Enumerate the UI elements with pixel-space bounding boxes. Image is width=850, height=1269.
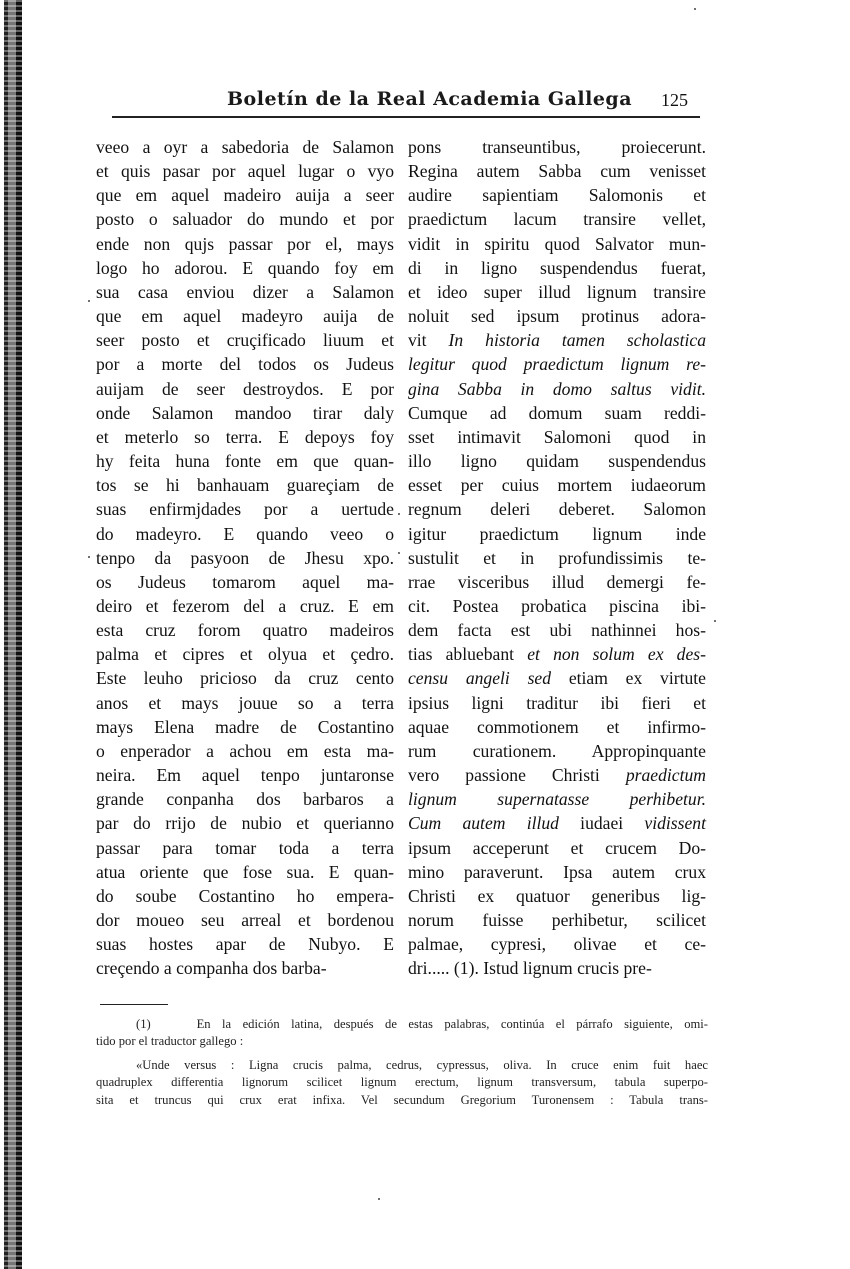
text-line: vidit in spiritu quod Salvator mun- [408,232,706,256]
text-line: o enperador a achou em esta ma- [96,739,394,763]
text-line: tenpo da pasyoon de Jhesu xpo. [96,546,394,570]
text-line: logo ho adorou. E quando foy em [96,256,394,280]
scan-speck [88,300,90,302]
text-line: hy feita huna fonte em que quan- [96,449,394,473]
text-line: Cumque ad domum suam reddi- [408,401,706,425]
scan-speck [694,8,696,10]
text-segment: audire sapientiam Salomonis et [408,185,706,205]
text-line: ipsius ligni traditur ibi fieri et [408,691,706,715]
text-segment: vero passione Christi [408,765,626,785]
text-line: aquae commotionem et infirmo- [408,715,706,739]
text-line: veeo a oyr a sabedoria de Salamon [96,135,394,159]
text-segment: aquae commotionem et infirmo- [408,717,706,737]
text-line: dor moueo seu arreal et bordenou [96,908,394,932]
text-line: et ideo super illud lignum transire [408,280,706,304]
text-line: onde Salamon mandoo tirar daly [96,401,394,425]
text-line: esta cruz forom quatro madeiros [96,618,394,642]
text-line: Este leuho pricioso da cruz cento [96,666,394,690]
text-line: pons transeuntibus, proiecerunt. [408,135,706,159]
italic-segment: vidissent [644,813,706,833]
running-header: Boletín de la Real Academia Gallega 125 [112,88,700,118]
text-line: que em aquel madeiro auija a seer [96,183,394,207]
text-line: creçendo a companha dos barba- [96,956,394,980]
text-line: grande conpanha dos barbaros a [96,787,394,811]
italic-segment: lignum supernatasse perhibetur. [408,789,706,809]
text-line: suas enfirmjdades por a uertude [96,497,394,521]
scan-speck [398,513,400,515]
footnote-1-line-1: (1) En la edición latina, después de est… [96,1016,708,1033]
text-line: di in ligno suspendendus fuerat, [408,256,706,280]
text-line: os Judeus tomarom aquel ma- [96,570,394,594]
text-segment: Cumque ad domum suam reddi- [408,403,706,423]
text-segment: sustulit et in profundissimis te- [408,548,706,568]
text-segment: palmae, cypresi, olivae et ce- [408,934,706,954]
text-segment: noluit sed ipsum protinus adora- [408,306,706,326]
left-column-galician-text: veeo a oyr a sabedoria de Salamonet quis… [96,135,394,980]
text-segment: dem facta est ubi nathinnei hos- [408,620,706,640]
text-line: audire sapientiam Salomonis et [408,183,706,207]
right-column-latin-text: pons transeuntibus, proiecerunt.Regina a… [408,135,706,980]
text-line: dri..... (1). Istud lignum crucis pre- [408,956,706,980]
text-segment: Christi ex quatuor generibus lig- [408,886,706,906]
text-line: posto o saluador do mundo et por [96,207,394,231]
text-line: por a morte del todos os Judeus [96,352,394,376]
text-line: palma et cipres et olyua et çedro. [96,642,394,666]
text-line: que em aquel madeyro auija de [96,304,394,328]
italic-segment: In historia tamen scholastica [449,330,706,350]
text-line: igitur praedictum lignum inde [408,522,706,546]
footnotes: (1) En la edición latina, después de est… [96,1016,708,1109]
text-segment: dri..... (1). Istud lignum crucis pre- [408,958,652,978]
italic-segment: censu angeli sed [408,668,551,688]
text-segment: tias abluebant [408,644,527,664]
scan-speck [714,620,716,622]
footnote-quote-line-2: quadruplex differentia lignorum scilicet… [96,1074,708,1091]
text-segment: regnum deleri deberet. Salomon [408,499,706,519]
text-line: praedictum lacum transire vellet, [408,207,706,231]
text-line: Regina autem Sabba cum venisset [408,159,706,183]
scan-speck [398,552,400,554]
text-line: Cum autem illud iudaei vidissent [408,811,706,835]
text-line: palmae, cypresi, olivae et ce- [408,932,706,956]
text-line: Christi ex quatuor generibus lig- [408,884,706,908]
text-line: sustulit et in profundissimis te- [408,546,706,570]
italic-segment: praedictum [626,765,706,785]
italic-segment: legitur quod praedictum lignum re- [408,354,706,374]
text-line: illo ligno quidam suspendendus [408,449,706,473]
text-line: norum fuisse perhibetur, scilicet [408,908,706,932]
text-segment: sset intimavit Salomoni quod in [408,427,706,447]
text-line: censu angeli sed etiam ex virtute [408,666,706,690]
text-line: mays Elena madre de Costantino [96,715,394,739]
scan-speck [378,1198,380,1200]
footnote-1-line-2: tido por el traductor gallego : [96,1033,708,1050]
text-segment: Regina autem Sabba cum venisset [408,161,706,181]
text-line: neira. Em aquel tenpo juntaronse [96,763,394,787]
text-segment: di in ligno suspendendus fuerat, [408,258,706,278]
scan-speck [88,556,90,558]
text-line: seer posto et cruçificado liuum et [96,328,394,352]
text-line: auijam de seer destroydos. E por [96,377,394,401]
text-line: lignum supernatasse perhibetur. [408,787,706,811]
text-line: anos et mays jouue so a terra [96,691,394,715]
text-line: mino paraverunt. Ipsa autem crux [408,860,706,884]
text-line: do soube Costantino ho empera- [96,884,394,908]
text-line: deiro et fezerom del a cruz. E em [96,594,394,618]
italic-segment: Cum autem illud [408,813,559,833]
text-line: gina Sabba in domo saltus vidit. [408,377,706,401]
italic-segment: et non solum ex des- [527,644,706,664]
text-segment: rum curationem. Appropinquante [408,741,706,761]
text-line: do madeyro. E quando veeo o [96,522,394,546]
text-segment: pons transeuntibus, proiecerunt. [408,137,706,157]
text-line: vero passione Christi praedictum [408,763,706,787]
text-line: cit. Postea probatica piscina ibi- [408,594,706,618]
text-line: tias abluebant et non solum ex des- [408,642,706,666]
text-line: ende non qujs passar por el, mays [96,232,394,256]
text-line: regnum deleri deberet. Salomon [408,497,706,521]
text-line: legitur quod praedictum lignum re- [408,352,706,376]
text-line: tos se hi banhauam guareçiam de [96,473,394,497]
footnote-marker: (1) [136,1017,151,1031]
text-line: ipsum acceperunt et crucem Do- [408,836,706,860]
text-line: noluit sed ipsum protinus adora- [408,304,706,328]
text-segment: igitur praedictum lignum inde [408,524,706,544]
text-segment: mino paraverunt. Ipsa autem crux [408,862,706,882]
footnote-quote-line-1: «Unde versus : Ligna crucis palma, cedru… [96,1057,708,1074]
text-segment: esset per cuius mortem iudaeorum [408,475,706,495]
footnote-rule [100,1004,168,1005]
text-line: rum curationem. Appropinquante [408,739,706,763]
italic-segment: gina Sabba in domo saltus vidit. [408,379,706,399]
journal-title: Boletín de la Real Academia Gallega [227,88,632,110]
scan-binding-edge [0,0,24,1269]
text-segment: iudaei [559,813,644,833]
text-segment: cit. Postea probatica piscina ibi- [408,596,706,616]
footnote-quote-line-3: sita et truncus qui crux erat infixa. Ve… [96,1092,708,1109]
text-line: esset per cuius mortem iudaeorum [408,473,706,497]
text-line: passar para tomar toda a terra [96,836,394,860]
text-line: rrae visceribus illud demergi fe- [408,570,706,594]
text-segment: norum fuisse perhibetur, scilicet [408,910,706,930]
text-line: vit In historia tamen scholastica [408,328,706,352]
text-line: et quis pasar por aquel lugar o vyo [96,159,394,183]
text-segment: etiam ex virtute [551,668,706,688]
footnote-quote: «Unde versus : Ligna crucis palma, cedru… [96,1057,708,1109]
text-line: suas hostes apar de Nubyo. E [96,932,394,956]
text-segment: et ideo super illud lignum transire [408,282,706,302]
text-line: par do rrijo de nubio et querianno [96,811,394,835]
page-number: 125 [661,90,688,111]
footnote-1: (1) En la edición latina, después de est… [96,1016,708,1051]
text-line: dem facta est ubi nathinnei hos- [408,618,706,642]
header-rule [112,116,700,118]
text-line: sset intimavit Salomoni quod in [408,425,706,449]
text-segment: vit [408,330,449,350]
text-segment: ipsius ligni traditur ibi fieri et [408,693,706,713]
text-segment: ipsum acceperunt et crucem Do- [408,838,706,858]
text-line: et meterlo so terra. E depoys foy [96,425,394,449]
text-segment: praedictum lacum transire vellet, [408,209,706,229]
text-segment: rrae visceribus illud demergi fe- [408,572,706,592]
text-segment: illo ligno quidam suspendendus [408,451,706,471]
text-line: atua oriente que fose sua. E quan- [96,860,394,884]
text-line: sua casa enviou dizer a Salamon [96,280,394,304]
text-segment: vidit in spiritu quod Salvator mun- [408,234,706,254]
